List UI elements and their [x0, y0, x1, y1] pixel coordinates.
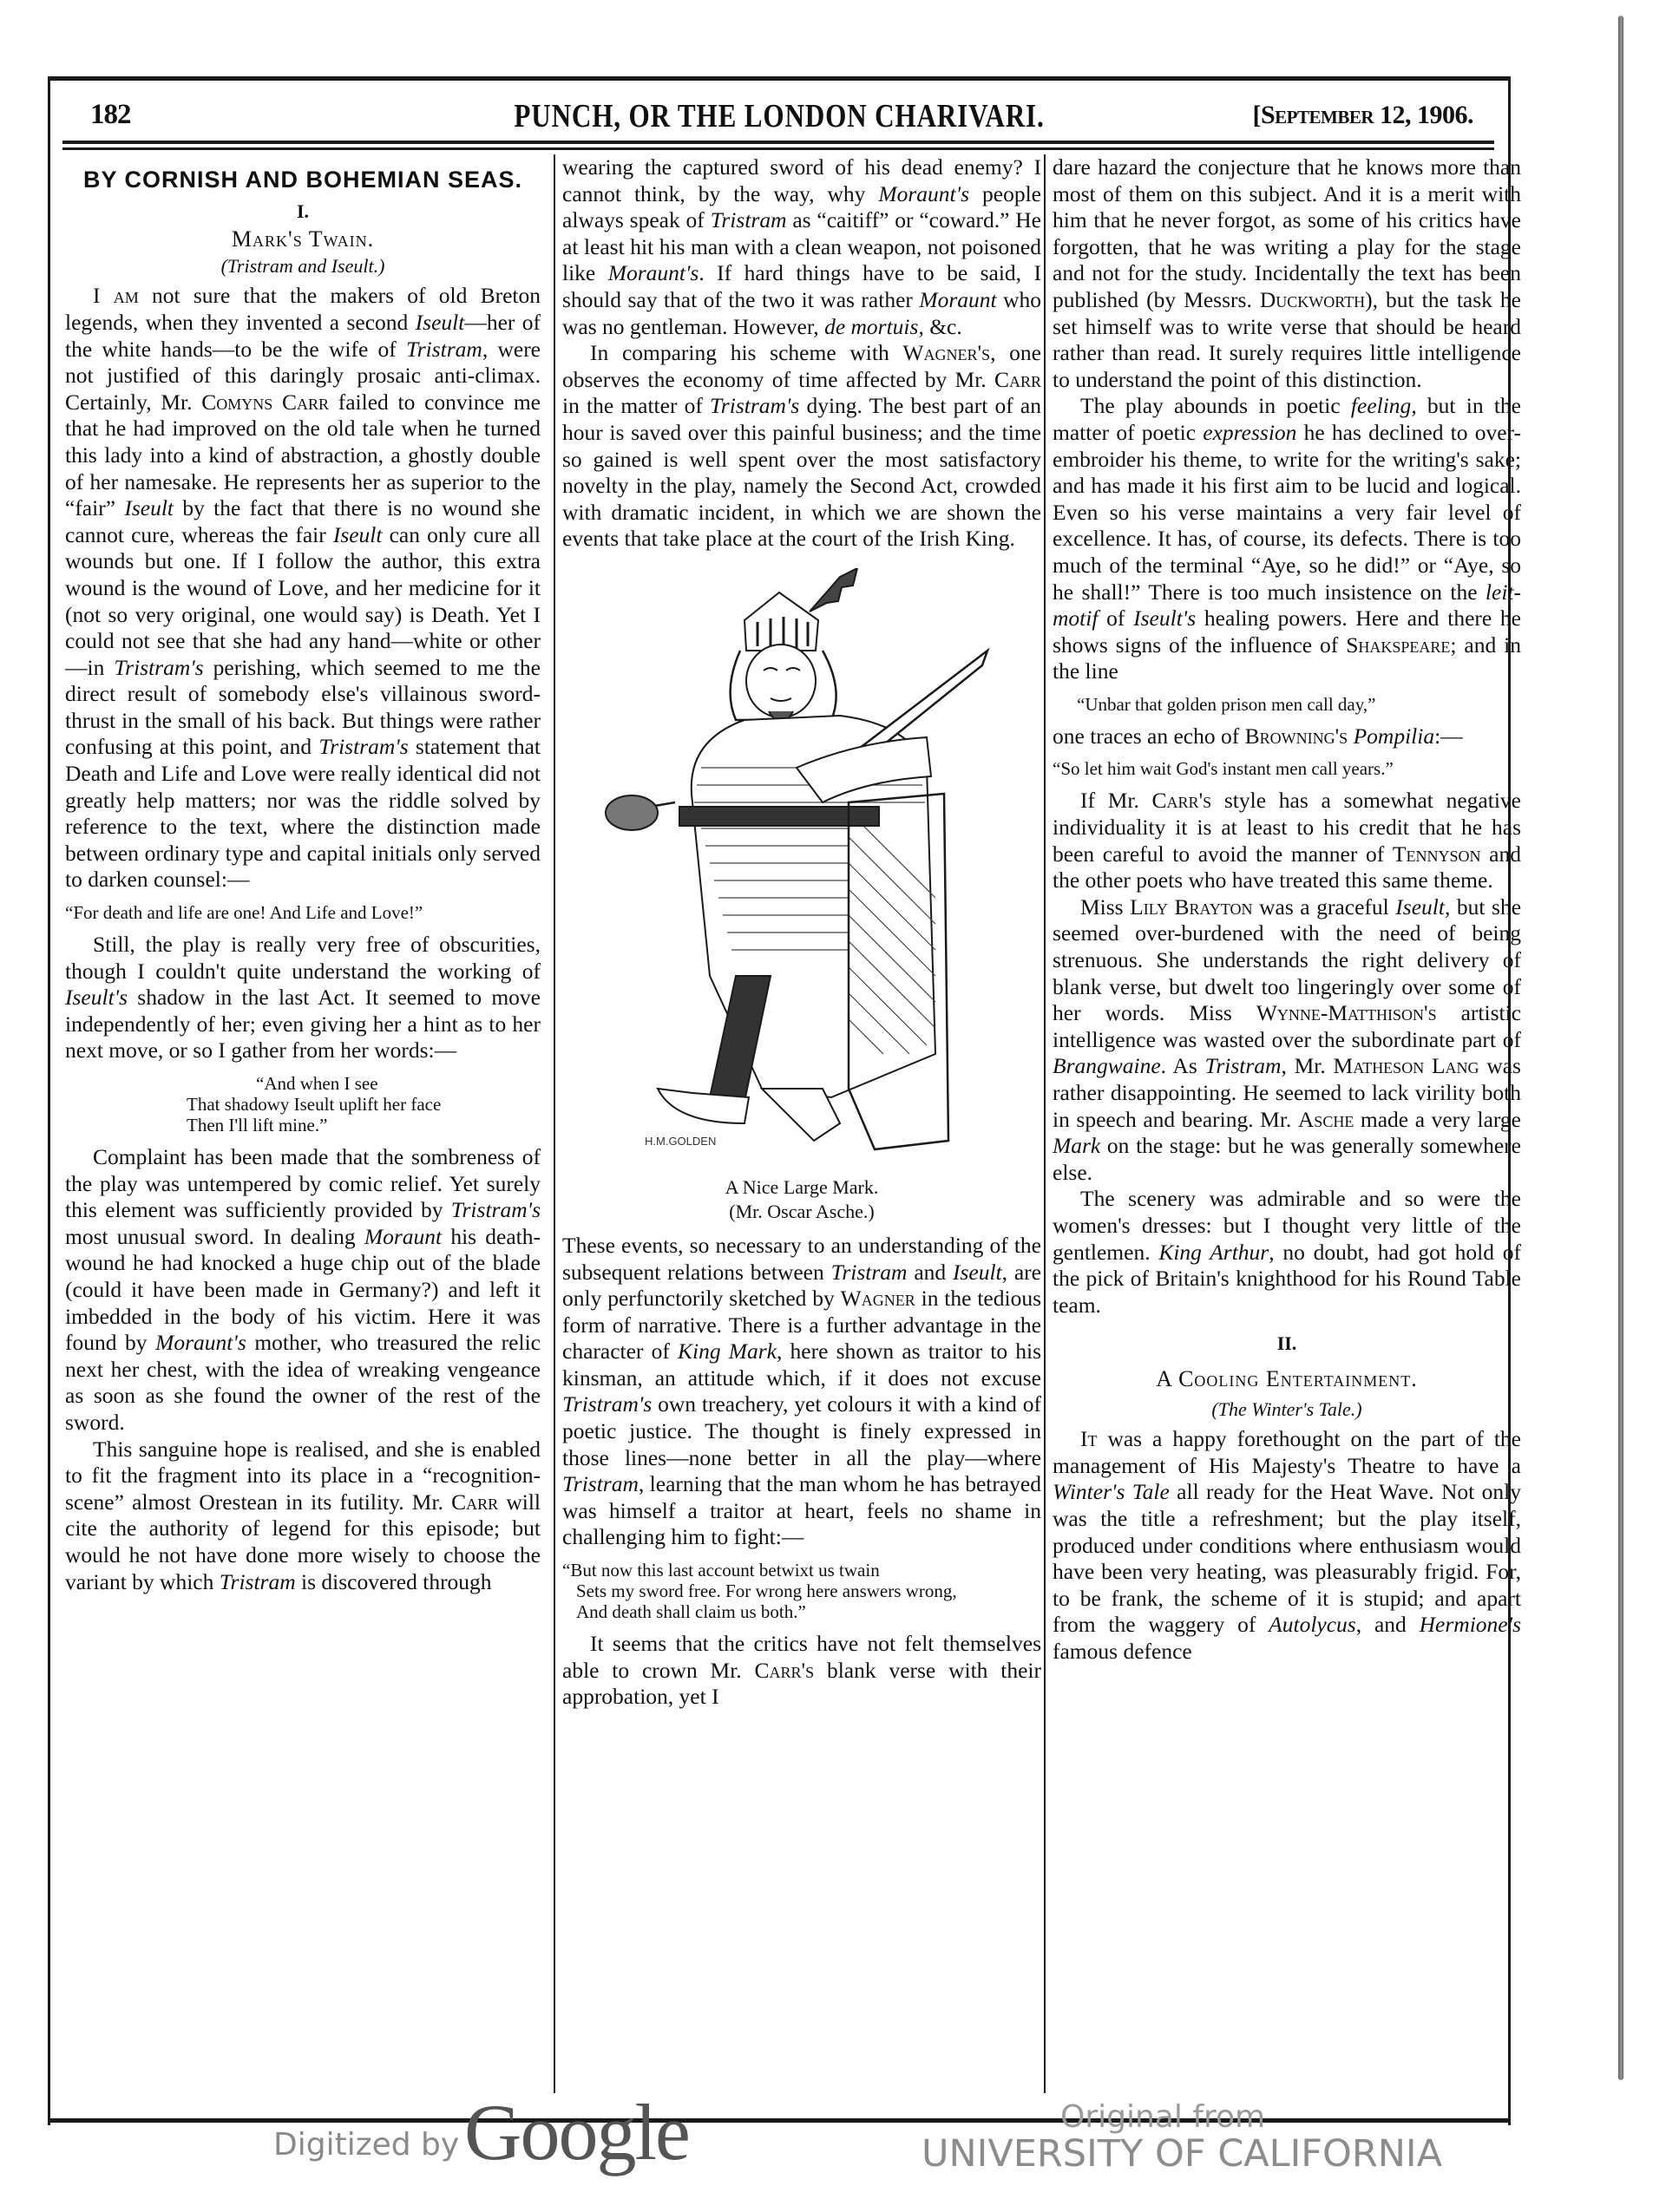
verse-quote: “So let him wait God's instant men call … [1053, 758, 1521, 779]
original-from-watermark: Original from [1060, 2099, 1265, 2135]
paragraph: In comparing his scheme with Wagner's, o… [562, 340, 1041, 553]
illustration-caption: A Nice Large Mark. (Mr. Oscar Asche.) [562, 1175, 1041, 1224]
column-2: wearing the captured sword of his dead e… [562, 154, 1041, 1711]
column-1: BY CORNISH AND BOHEMIAN SEAS. I. Mark's … [65, 154, 541, 1595]
publication-title: PUNCH, OR THE LONDON CHARIVARI. [181, 97, 1377, 135]
column-divider [554, 154, 555, 2093]
section-heading: A Cooling Entertainment. [1053, 1366, 1521, 1393]
verse-quote: “And when I see That shadowy Iseult upli… [65, 1073, 541, 1135]
column-divider [1044, 154, 1046, 2093]
illustration-king-mark: H.M.GOLDEN [562, 568, 1041, 1167]
paragraph: I am not sure that the makers of old Bre… [65, 283, 541, 893]
verse-quote: “Unbar that golden prison men call day,” [1053, 694, 1521, 715]
knight-caricature-icon: H.M.GOLDEN [562, 568, 1041, 1167]
paragraph: Complaint has been made that the sombren… [65, 1144, 541, 1436]
paragraph: If Mr. Carr's style has a somewhat negat… [1053, 788, 1521, 893]
paragraph: Miss Lily Brayton was a graceful Iseult,… [1053, 894, 1521, 1187]
header-rule [62, 147, 1494, 150]
paragraph: These events, so necessary to an underst… [562, 1233, 1041, 1551]
article-title: BY CORNISH AND BOHEMIAN SEAS. [65, 167, 541, 193]
section-subheading: (Tristram and Iseult.) [65, 253, 541, 280]
paragraph: It seems that the critics have not felt … [562, 1631, 1041, 1711]
paragraph: Still, the play is really very free of o… [65, 932, 541, 1064]
section-subheading: (The Winter's Tale.) [1053, 1397, 1521, 1423]
section-heading: Mark's Twain. [65, 226, 541, 253]
issue-date: [September 12, 1906. [1252, 101, 1473, 130]
column-3: dare hazard the conjecture that he knows… [1053, 154, 1521, 1665]
paragraph: This sanguine hope is realised, and she … [65, 1436, 541, 1596]
section-numeral: II. [1053, 1331, 1521, 1358]
paragraph: It was a happy forethought on the part o… [1053, 1426, 1521, 1665]
bottom-border-rule [48, 2118, 1511, 2123]
paragraph: The scenery was admirable and so were th… [1053, 1186, 1521, 1319]
page-number: 182 [90, 99, 131, 131]
university-watermark: UNIVERSITY OF CALIFORNIA [922, 2132, 1442, 2176]
verse-quote: “For death and life are one! And Life an… [65, 902, 541, 923]
google-logo-watermark: Google [464, 2086, 689, 2178]
book-binding-edge [1618, 16, 1623, 2080]
artist-signature: H.M.GOLDEN [645, 1135, 716, 1148]
paragraph: dare hazard the conjecture that he knows… [1053, 154, 1521, 393]
caption-title: A Nice Large Mark. [562, 1175, 1041, 1200]
paragraph: The play abounds in poetic feeling, but … [1053, 393, 1521, 685]
verse-quote: “But now this last account betwixt us tw… [562, 1560, 1041, 1622]
caption-credit: (Mr. Oscar Asche.) [562, 1200, 1041, 1224]
digitized-by-watermark: Digitized by [273, 2127, 459, 2163]
header-rule [62, 141, 1494, 144]
section-numeral: I. [65, 199, 541, 226]
page-header: 182 PUNCH, OR THE LONDON CHARIVARI. [Sep… [50, 97, 1508, 137]
paragraph: wearing the captured sword of his dead e… [562, 154, 1041, 340]
paragraph: one traces an echo of Browning's Pompili… [1053, 723, 1521, 750]
